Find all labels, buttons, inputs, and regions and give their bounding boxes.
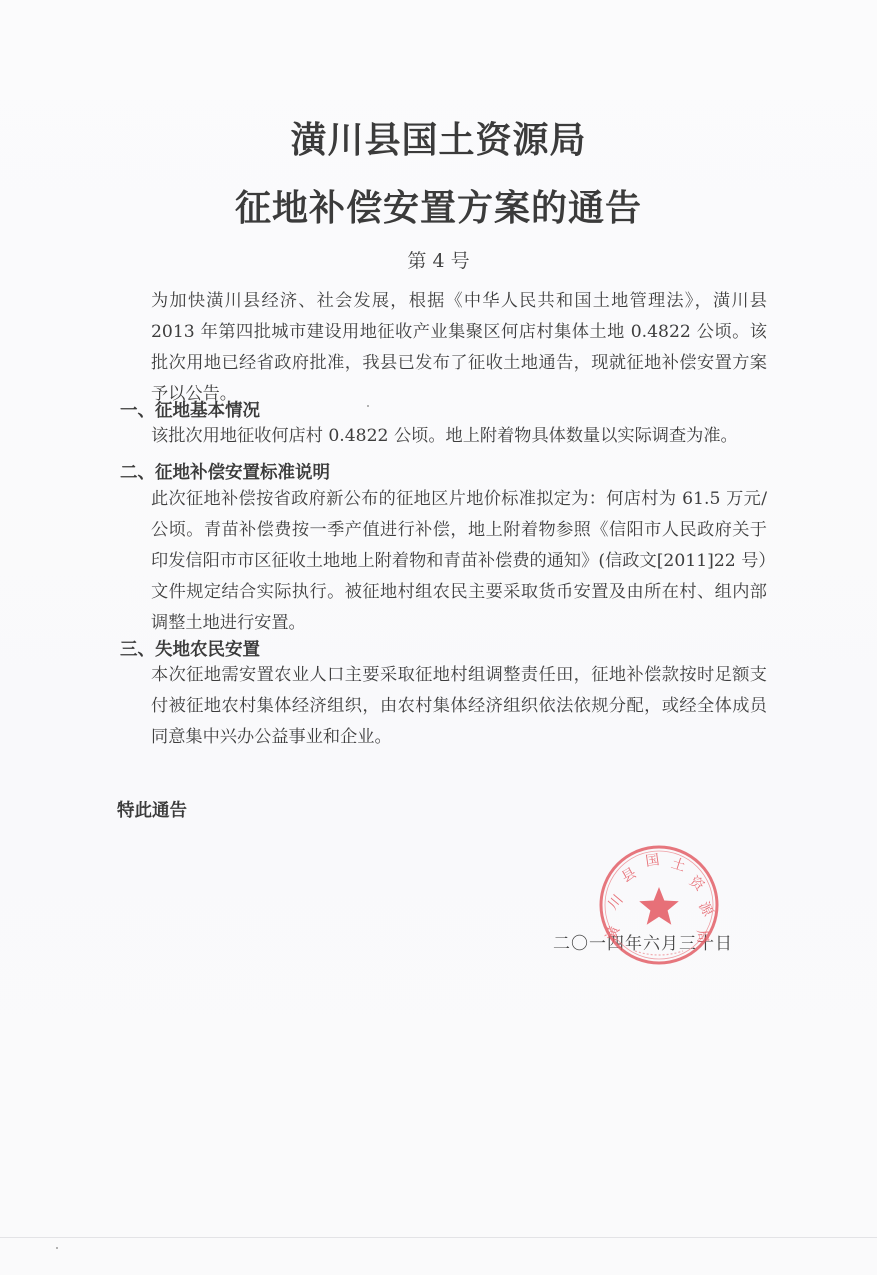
document-page: 潢川县国土资源局 征地补偿安置方案的通告 第 4 号 为加快潢川县经济、社会发展… <box>0 0 877 1275</box>
official-seal-icon: 潢 川 县 国 土 资 源 局 <box>597 843 721 967</box>
section-3-body: 本次征地需安置农业人口主要采取征地村组调整责任田，征地补偿款按时足额支付被征地农… <box>117 660 767 753</box>
intro-text: 为加快潢川县经济、社会发展，根据《中华人民共和国土地管理法》，潢川县 2013 … <box>117 286 767 410</box>
section-2-text: 此次征地补偿按省政府新公布的征地区片地价标准拟定为：何店村为 61.5 万元/公… <box>117 484 767 639</box>
closing-remark: 特此通告 <box>117 797 187 822</box>
section-1-heading: 一、征地基本情况 <box>120 397 260 422</box>
section-1-body: 该批次用地征收何店村 0.4822 公顷。地上附着物具体数量以实际调查为准。 <box>117 421 767 452</box>
section-2-body: 此次征地补偿按省政府新公布的征地区片地价标准拟定为：何店村为 61.5 万元/公… <box>117 484 767 639</box>
scan-speck <box>367 405 369 407</box>
section-3-text: 本次征地需安置农业人口主要采取征地村组调整责任田，征地补偿款按时足额支付被征地农… <box>117 660 767 753</box>
svg-text:县: 县 <box>619 865 639 886</box>
intro-paragraph: 为加快潢川县经济、社会发展，根据《中华人民共和国土地管理法》，潢川县 2013 … <box>117 286 767 410</box>
svg-text:局: 局 <box>693 929 710 944</box>
document-title-line1: 潢川县国土资源局 <box>0 112 877 163</box>
document-title-line2: 征地补偿安置方案的通告 <box>0 180 877 231</box>
scan-speck <box>56 1247 58 1249</box>
document-number: 第 4 号 <box>0 246 877 273</box>
section-1-text: 该批次用地征收何店村 0.4822 公顷。地上附着物具体数量以实际调查为准。 <box>117 421 767 452</box>
svg-text:川: 川 <box>605 892 626 913</box>
scan-edge-line <box>0 1237 877 1238</box>
section-3-heading: 三、失地农民安置 <box>120 636 260 661</box>
svg-text:国: 国 <box>644 852 660 870</box>
section-2-heading: 二、征地补偿安置标准说明 <box>120 459 330 484</box>
